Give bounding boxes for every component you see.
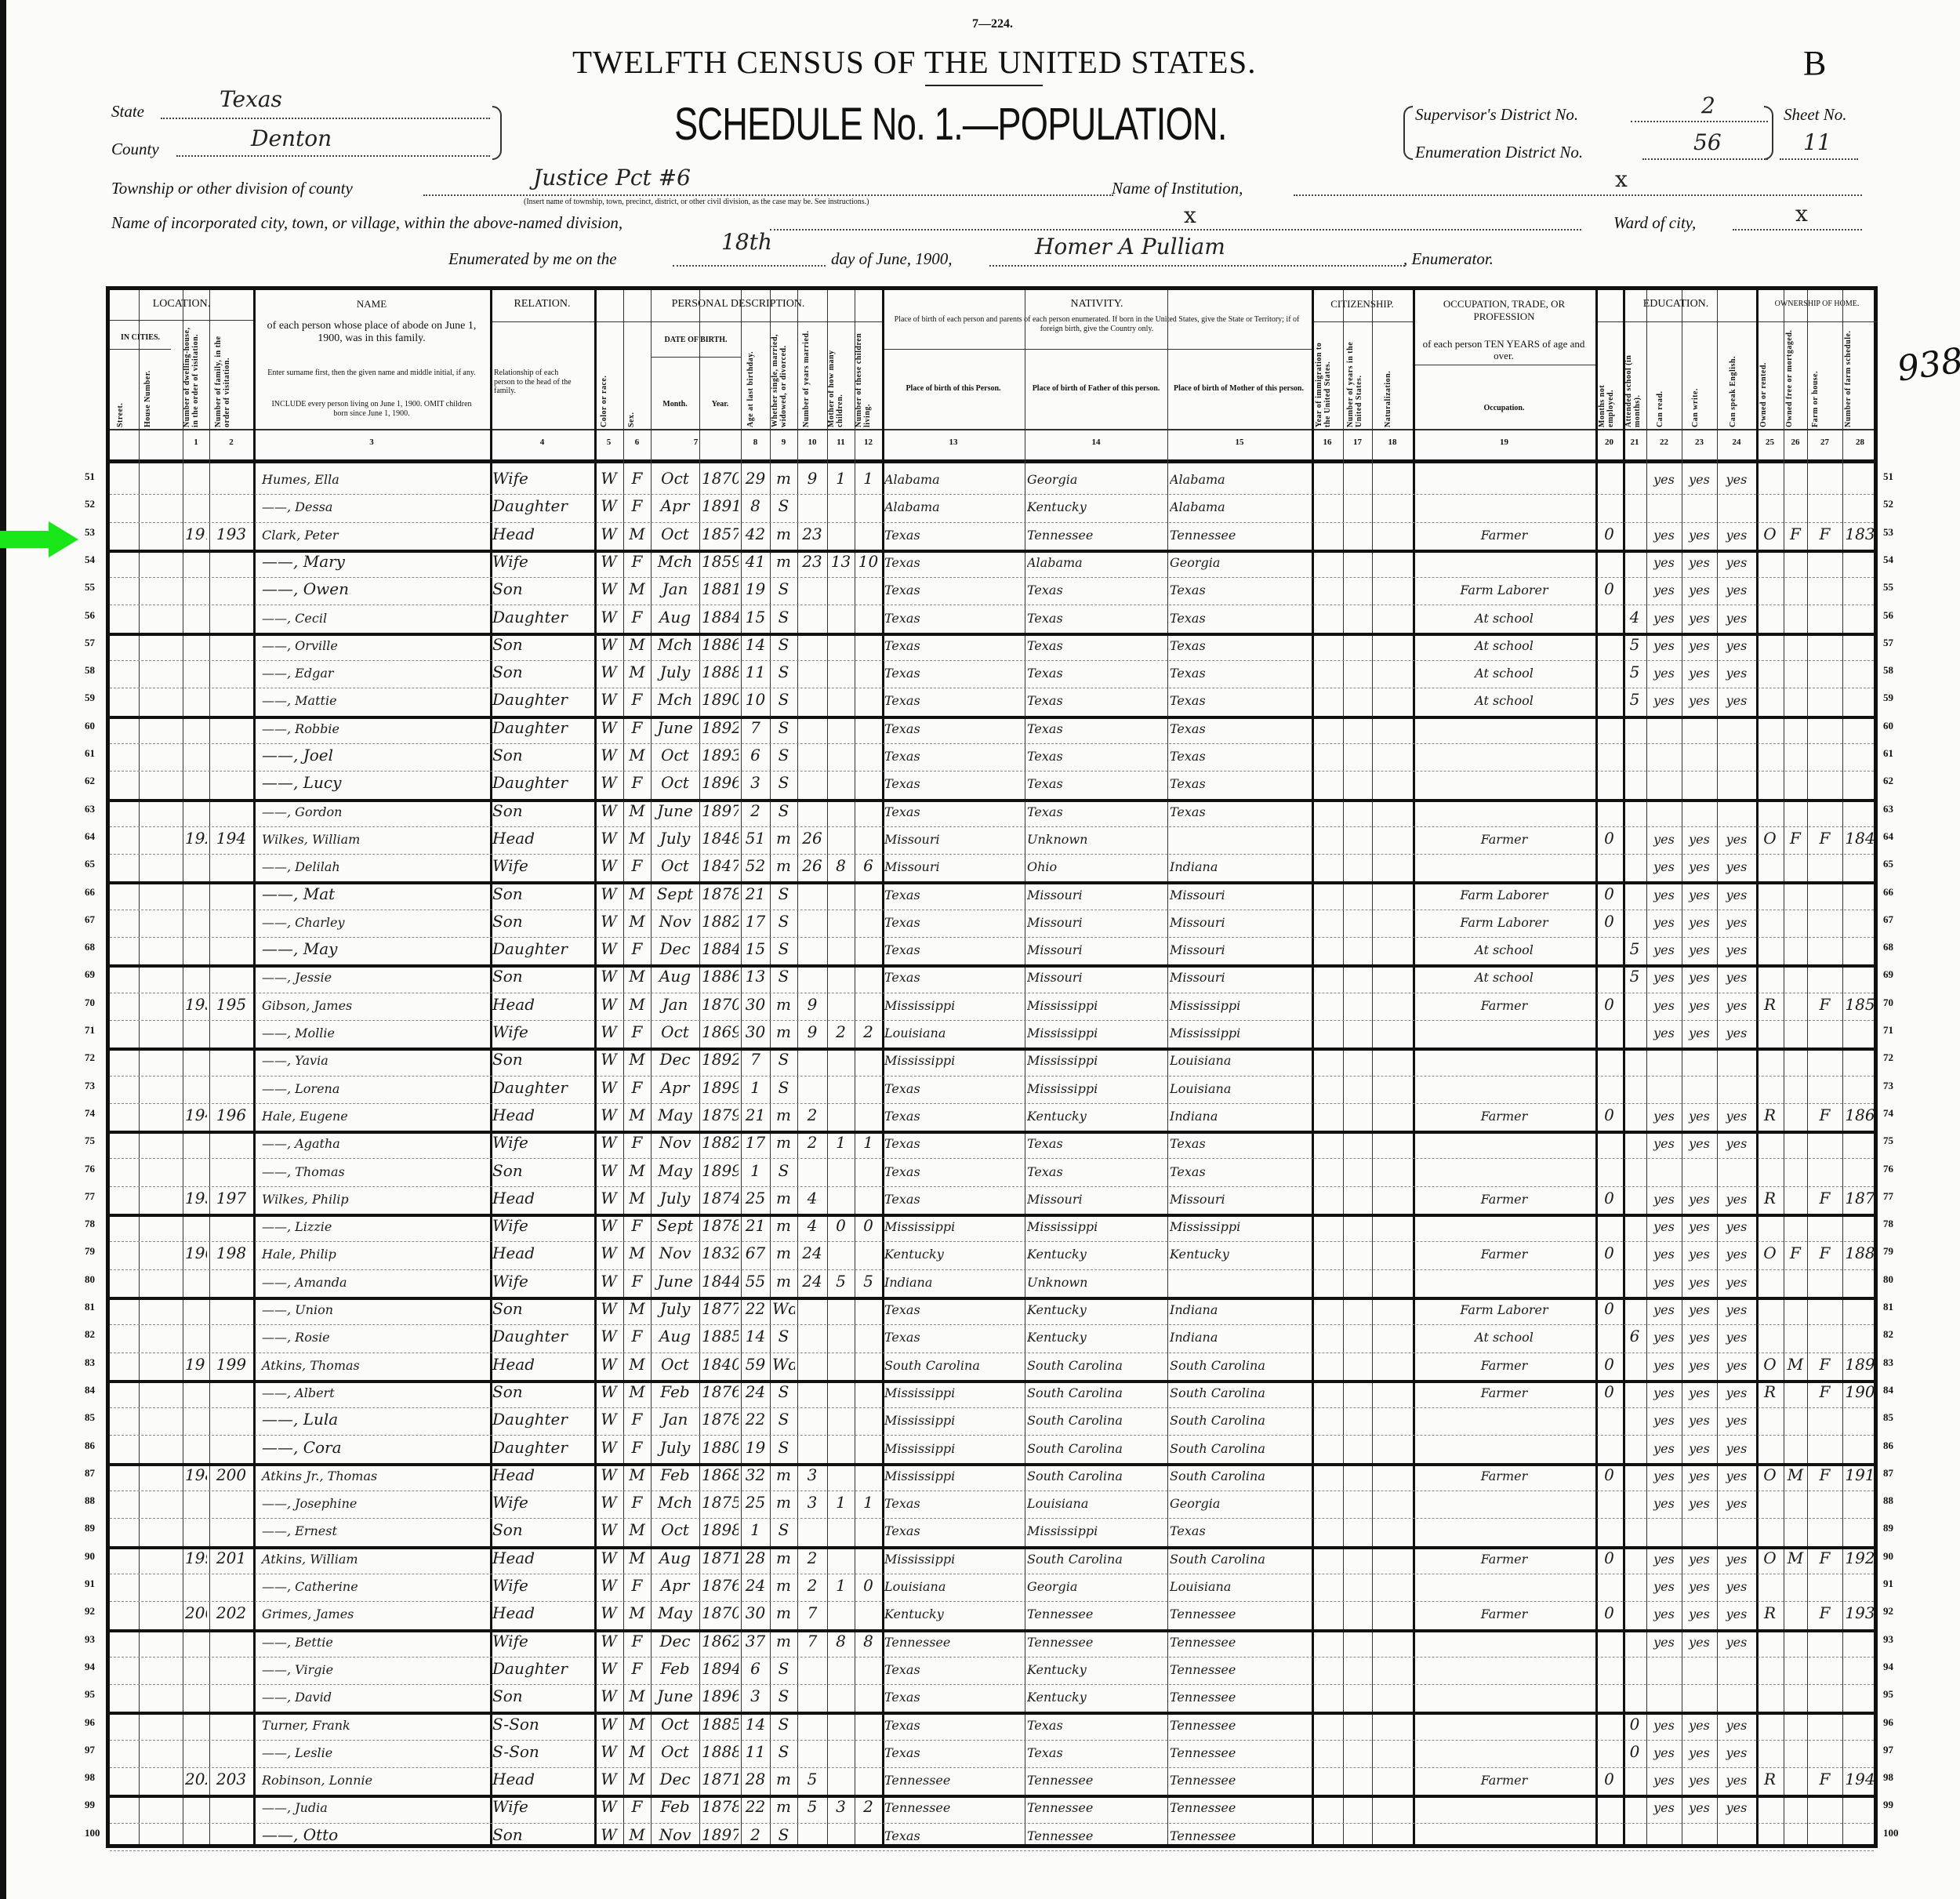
cell-bp[interactable]: Texas	[884, 721, 1022, 736]
cell-age[interactable]: 28	[743, 1549, 768, 1567]
cell-race[interactable]: W	[597, 663, 621, 681]
cell-mar[interactable]: S	[772, 801, 795, 820]
cell-write[interactable]: yes	[1684, 1192, 1715, 1207]
cell-month[interactable]: Sept	[653, 884, 697, 903]
cell-speak[interactable]: yes	[1719, 528, 1754, 543]
cell-dw[interactable]: 194	[185, 1106, 207, 1124]
cell-race[interactable]: W	[597, 469, 621, 488]
cell-mar[interactable]: Wd	[772, 1355, 795, 1374]
cell-bpm[interactable]: Missouri	[1170, 888, 1309, 902]
cell-fam[interactable]: 196	[212, 1106, 251, 1124]
cell-mo[interactable]: 8	[829, 856, 852, 875]
cell-bpf[interactable]: Texas	[1027, 1164, 1165, 1179]
cell-year[interactable]: 1897	[702, 801, 739, 820]
cell-name[interactable]: ——, Ernest	[256, 1523, 494, 1538]
ward-value[interactable]: x	[1795, 201, 1808, 227]
cell-speak[interactable]: yes	[1719, 1800, 1754, 1815]
cell-age[interactable]: 3	[743, 1687, 768, 1705]
cell-rel[interactable]: Daughter	[492, 1078, 592, 1097]
cell-bpm[interactable]: Georgia	[1170, 555, 1309, 570]
cell-sch[interactable]: 0	[1625, 1742, 1644, 1761]
cell-fam[interactable]: 199	[212, 1355, 251, 1374]
cell-read[interactable]: yes	[1649, 1275, 1679, 1290]
cell-bp[interactable]: Texas	[884, 1745, 1022, 1760]
cell-race[interactable]: W	[597, 1770, 621, 1788]
cell-age[interactable]: 17	[743, 912, 768, 931]
cell-bpf[interactable]: Tennessee	[1027, 1635, 1165, 1650]
cell-race[interactable]: W	[597, 1272, 621, 1291]
cell-own[interactable]: R	[1759, 1770, 1781, 1788]
cell-dw[interactable]: 202	[185, 1770, 207, 1788]
cell-write[interactable]: yes	[1684, 1247, 1715, 1262]
cell-speak[interactable]: yes	[1719, 1219, 1754, 1234]
cell-ym[interactable]: 3	[800, 1465, 825, 1484]
cell-own[interactable]: O	[1759, 1355, 1781, 1374]
cell-bpf[interactable]: Texas	[1027, 583, 1165, 597]
cell-read[interactable]: yes	[1649, 888, 1679, 902]
cell-mar[interactable]: m	[772, 1022, 795, 1041]
cell-ym[interactable]: 5	[800, 1770, 825, 1788]
table-row[interactable]: ——, RosieDaughterWFAug188514STexasKentuc…	[110, 1324, 1874, 1353]
table-row[interactable]: 202203Robinson, LonnieHeadWMDec187128m5T…	[110, 1767, 1874, 1798]
cell-read[interactable]: yes	[1649, 942, 1679, 957]
cell-year[interactable]: 1892	[702, 718, 739, 737]
cell-write[interactable]: yes	[1684, 1635, 1715, 1650]
cell-bpm[interactable]: Texas	[1170, 804, 1309, 819]
cell-mo[interactable]: 8	[829, 1632, 852, 1650]
cell-age[interactable]: 14	[743, 635, 768, 654]
cell-mo[interactable]: 3	[829, 1797, 852, 1816]
cell-occ[interactable]: Farmer	[1415, 1607, 1593, 1621]
cell-rel[interactable]: Son	[492, 1382, 592, 1401]
cell-mar[interactable]: m	[772, 1216, 795, 1235]
cell-month[interactable]: July	[653, 1189, 697, 1207]
cell-read[interactable]: yes	[1649, 1247, 1679, 1262]
cell-ym[interactable]: 2	[800, 1106, 825, 1124]
cell-dw[interactable]: 200	[185, 1603, 207, 1622]
cell-name[interactable]: Clark, Peter	[256, 528, 494, 543]
cell-ym[interactable]: 2	[800, 1576, 825, 1595]
cell-dw[interactable]: 197	[185, 1355, 207, 1374]
cell-mar[interactable]: S	[772, 1742, 795, 1761]
cell-age[interactable]: 21	[743, 884, 768, 903]
cell-rel[interactable]: Son	[492, 635, 592, 654]
cell-read[interactable]: yes	[1649, 832, 1679, 847]
cell-bp[interactable]: Texas	[884, 638, 1022, 653]
table-row[interactable]: 200202Grimes, JamesHeadWMMay187030m7Kent…	[110, 1601, 1874, 1632]
cell-bp[interactable]: Alabama	[884, 472, 1022, 487]
cell-race[interactable]: W	[597, 995, 621, 1014]
cell-sch[interactable]: 5	[1625, 635, 1644, 654]
cell-read[interactable]: yes	[1649, 1745, 1679, 1760]
cell-bpm[interactable]: Tennessee	[1170, 1773, 1309, 1788]
cell-mo[interactable]: 1	[829, 469, 852, 488]
cell-ym[interactable]: 23	[800, 525, 825, 543]
cell-sex[interactable]: F	[626, 469, 648, 488]
cell-rel[interactable]: Daughter	[492, 718, 592, 737]
cell-sch[interactable]: 5	[1625, 967, 1644, 986]
cell-bpm[interactable]: Indiana	[1170, 1302, 1309, 1317]
cell-rel[interactable]: Son	[492, 1687, 592, 1705]
cell-write[interactable]: yes	[1684, 1136, 1715, 1151]
cell-sex[interactable]: M	[626, 801, 648, 820]
cell-speak[interactable]: yes	[1719, 1109, 1754, 1124]
cell-bpf[interactable]: Kentucky	[1027, 1690, 1165, 1705]
cell-bpf[interactable]: Mississippi	[1027, 1081, 1165, 1096]
cell-read[interactable]: yes	[1649, 1579, 1679, 1594]
cell-bp[interactable]: Texas	[884, 1164, 1022, 1179]
cell-sex[interactable]: M	[626, 1161, 648, 1180]
cell-bpf[interactable]: South Carolina	[1027, 1469, 1165, 1483]
cell-sex[interactable]: F	[626, 1632, 648, 1650]
cell-mar[interactable]: S	[772, 635, 795, 654]
cell-year[interactable]: 1893	[702, 746, 739, 764]
cell-bpm[interactable]: South Carolina	[1170, 1441, 1309, 1456]
cell-unemp[interactable]: 0	[1598, 1189, 1621, 1207]
cell-write[interactable]: yes	[1684, 638, 1715, 653]
cell-race[interactable]: W	[597, 1355, 621, 1374]
cell-bp[interactable]: Texas	[884, 1828, 1022, 1843]
cell-farm[interactable]: F	[1809, 1355, 1840, 1374]
cell-month[interactable]: May	[653, 1161, 697, 1180]
cell-occ[interactable]: Farmer	[1415, 1385, 1593, 1400]
cell-write[interactable]: yes	[1684, 998, 1715, 1013]
cell-month[interactable]: May	[653, 1106, 697, 1124]
cell-write[interactable]: yes	[1684, 942, 1715, 957]
cell-bp[interactable]: Texas	[884, 1330, 1022, 1345]
cell-bpf[interactable]: Tennessee	[1027, 1800, 1165, 1815]
table-row[interactable]: ——, MattieDaughterWFMch189010STexasTexas…	[110, 688, 1874, 718]
cell-age[interactable]: 7	[743, 718, 768, 737]
cell-bpf[interactable]: South Carolina	[1027, 1441, 1165, 1456]
cell-name[interactable]: ——, Charley	[256, 915, 494, 930]
cell-bp[interactable]: Louisiana	[884, 1579, 1022, 1594]
cell-speak[interactable]: yes	[1719, 942, 1754, 957]
cell-bp[interactable]: Tennessee	[884, 1635, 1022, 1650]
cell-year[interactable]: 1888	[702, 663, 739, 681]
cell-read[interactable]: yes	[1649, 1302, 1679, 1317]
cell-rel[interactable]: Son	[492, 1825, 592, 1844]
cell-bpf[interactable]: Tennessee	[1027, 528, 1165, 543]
cell-bpm[interactable]: Louisiana	[1170, 1081, 1309, 1096]
cell-month[interactable]: June	[653, 801, 697, 820]
cell-bp[interactable]: Alabama	[884, 499, 1022, 514]
cell-speak[interactable]: yes	[1719, 611, 1754, 626]
cell-bpf[interactable]: Missouri	[1027, 888, 1165, 902]
cell-sex[interactable]: F	[626, 773, 648, 792]
cell-sex[interactable]: F	[626, 1438, 648, 1457]
cell-month[interactable]: Apr	[653, 496, 697, 515]
cell-speak[interactable]: yes	[1719, 1635, 1754, 1650]
cell-sex[interactable]: M	[626, 1715, 648, 1734]
cell-speak[interactable]: yes	[1719, 1136, 1754, 1151]
cell-mar[interactable]: S	[772, 912, 795, 931]
cell-unemp[interactable]: 0	[1598, 884, 1621, 903]
cell-free[interactable]: F	[1786, 829, 1805, 848]
cell-write[interactable]: yes	[1684, 859, 1715, 874]
cell-age[interactable]: 22	[743, 1410, 768, 1429]
cell-sex[interactable]: M	[626, 1549, 648, 1567]
cell-month[interactable]: June	[653, 1687, 697, 1705]
cell-bpm[interactable]: Tennessee	[1170, 1745, 1309, 1760]
enumeration-value[interactable]: 56	[1693, 129, 1722, 155]
cell-bpf[interactable]: South Carolina	[1027, 1413, 1165, 1428]
cell-year[interactable]: 1870	[702, 1603, 739, 1622]
cell-race[interactable]: W	[597, 1576, 621, 1595]
cell-farm[interactable]: F	[1809, 1549, 1840, 1567]
cell-free[interactable]: F	[1786, 1244, 1805, 1262]
cell-year[interactable]: 1879	[702, 1106, 739, 1124]
cell-race[interactable]: W	[597, 1742, 621, 1761]
cell-sch[interactable]: 4	[1625, 608, 1644, 626]
cell-rel[interactable]: Wife	[492, 1272, 592, 1291]
cell-write[interactable]: yes	[1684, 1109, 1715, 1124]
cell-fs[interactable]: 188	[1845, 1244, 1875, 1262]
cell-name[interactable]: Robinson, Lonnie	[256, 1773, 494, 1788]
cell-sex[interactable]: M	[626, 746, 648, 764]
cell-month[interactable]: Aug	[653, 1549, 697, 1567]
cell-speak[interactable]: yes	[1719, 1607, 1754, 1621]
cell-race[interactable]: W	[597, 1410, 621, 1429]
cell-bpf[interactable]: Mississippi	[1027, 1026, 1165, 1040]
cell-bpf[interactable]: Texas	[1027, 776, 1165, 791]
cell-ym[interactable]: 7	[800, 1603, 825, 1622]
table-row[interactable]: ——, JudiaWifeWFFeb187822m532TennesseeTen…	[110, 1795, 1874, 1823]
cell-bp[interactable]: Tennessee	[884, 1800, 1022, 1815]
cell-read[interactable]: yes	[1649, 693, 1679, 708]
cell-ym[interactable]: 5	[800, 1797, 825, 1816]
cell-read[interactable]: yes	[1649, 1718, 1679, 1733]
cell-sex[interactable]: M	[626, 1603, 648, 1622]
cell-bpm[interactable]: Mississippi	[1170, 1219, 1309, 1234]
cell-free[interactable]: M	[1786, 1549, 1805, 1567]
cell-name[interactable]: ——, May	[256, 939, 494, 958]
cell-month[interactable]: Jan	[653, 995, 697, 1014]
cell-mar[interactable]: S	[772, 1659, 795, 1678]
cell-bpm[interactable]: Mississippi	[1170, 1026, 1309, 1040]
cell-name[interactable]: ——, Cecil	[256, 611, 494, 626]
table-row[interactable]: ——, MatSonWMSept187821STexasMissouriMiss…	[110, 882, 1874, 910]
cell-race[interactable]: W	[597, 1659, 621, 1678]
table-row[interactable]: ——, RobbieDaughterWFJune18927STexasTexas…	[110, 716, 1874, 744]
cell-speak[interactable]: yes	[1719, 693, 1754, 708]
cell-fam[interactable]: 193	[212, 525, 251, 543]
table-row[interactable]: ——, AmandaWifeWFJune184455m2455IndianaUn…	[110, 1269, 1874, 1300]
cell-write[interactable]: yes	[1684, 1800, 1715, 1815]
cell-unemp[interactable]: 0	[1598, 1355, 1621, 1374]
cell-write[interactable]: yes	[1684, 472, 1715, 487]
table-row[interactable]: ——, CharleySonWMNov188217STexasMissouriM…	[110, 910, 1874, 938]
cell-sex[interactable]: M	[626, 1382, 648, 1401]
cell-rel[interactable]: Wife	[492, 552, 592, 571]
cell-year[interactable]: 1848	[702, 829, 739, 848]
cell-ym[interactable]: 7	[800, 1632, 825, 1650]
table-row[interactable]: ——, GordonSonWMJune18972STexasTexasTexas	[110, 799, 1874, 827]
cell-occ[interactable]: At school	[1415, 970, 1593, 985]
enumerator-name[interactable]: Homer A Pulliam	[1035, 234, 1225, 260]
cell-year[interactable]: 1869	[702, 1022, 739, 1041]
cell-rel[interactable]: Wife	[492, 469, 592, 488]
cell-ym[interactable]: 26	[800, 856, 825, 875]
cell-age[interactable]: 19	[743, 579, 768, 598]
cell-name[interactable]: ——, Agatha	[256, 1136, 494, 1151]
cell-race[interactable]: W	[597, 884, 621, 903]
cell-fam[interactable]: 198	[212, 1244, 251, 1262]
cell-bpf[interactable]: Texas	[1027, 611, 1165, 626]
cell-unemp[interactable]: 0	[1598, 1106, 1621, 1124]
cell-age[interactable]: 25	[743, 1493, 768, 1512]
cell-name[interactable]: ——, Judia	[256, 1800, 494, 1815]
cell-sex[interactable]: M	[626, 829, 648, 848]
cell-bpf[interactable]: Unknown	[1027, 1275, 1165, 1290]
cell-mar[interactable]: m	[772, 1797, 795, 1816]
cell-year[interactable]: 1892	[702, 1050, 739, 1069]
cell-sch[interactable]: 5	[1625, 939, 1644, 958]
cell-bpm[interactable]: Tennessee	[1170, 1607, 1309, 1621]
cell-mar[interactable]: m	[772, 1493, 795, 1512]
cell-fs[interactable]: 192	[1845, 1549, 1875, 1567]
cell-fs[interactable]: 193	[1845, 1603, 1875, 1622]
cell-rel[interactable]: Son	[492, 579, 592, 598]
cell-free[interactable]: M	[1786, 1465, 1805, 1484]
cell-bp[interactable]: Texas	[884, 1109, 1022, 1124]
table-row[interactable]: ——, DelilahWifeWFOct184752m2686MissouriO…	[110, 854, 1874, 884]
cell-rel[interactable]: Son	[492, 746, 592, 764]
cell-rel[interactable]: Head	[492, 1603, 592, 1622]
cell-age[interactable]: 21	[743, 1216, 768, 1235]
table-row[interactable]: 192194Wilkes, WilliamHeadWMJuly184851m26…	[110, 826, 1874, 855]
cell-race[interactable]: W	[597, 939, 621, 958]
cell-fs[interactable]: 184	[1845, 829, 1875, 848]
cell-bp[interactable]: Texas	[884, 693, 1022, 708]
cell-race[interactable]: W	[597, 967, 621, 986]
cell-sex[interactable]: M	[626, 1687, 648, 1705]
cell-bpf[interactable]: Texas	[1027, 1136, 1165, 1151]
cell-year[interactable]: 1886	[702, 635, 739, 654]
cell-year[interactable]: 1888	[702, 1742, 739, 1761]
cell-bp[interactable]: Texas	[884, 611, 1022, 626]
table-row[interactable]: ——, CoraDaughterWFJuly188019SMississippi…	[110, 1436, 1874, 1466]
cell-occ[interactable]: Farmer	[1415, 1773, 1593, 1788]
cell-name[interactable]: ——, Edgar	[256, 666, 494, 681]
cell-month[interactable]: Mch	[653, 1493, 697, 1512]
cell-mar[interactable]: S	[772, 1161, 795, 1180]
cell-sex[interactable]: F	[626, 1133, 648, 1152]
cell-fam[interactable]: 201	[212, 1549, 251, 1567]
cell-month[interactable]: Mch	[653, 690, 697, 709]
cell-rel[interactable]: Son	[492, 1050, 592, 1069]
cell-race[interactable]: W	[597, 1687, 621, 1705]
cell-year[interactable]: 1891	[702, 496, 739, 515]
cell-speak[interactable]: yes	[1719, 666, 1754, 681]
cell-write[interactable]: yes	[1684, 1496, 1715, 1511]
cell-year[interactable]: 1880	[702, 1438, 739, 1457]
cell-occ[interactable]: At school	[1415, 942, 1593, 957]
cell-sex[interactable]: F	[626, 1078, 648, 1097]
cell-fs[interactable]: 186	[1845, 1106, 1875, 1124]
cell-month[interactable]: Oct	[653, 1022, 697, 1041]
state-value[interactable]: Texas	[220, 86, 282, 112]
cell-bpf[interactable]: South Carolina	[1027, 1358, 1165, 1373]
cell-name[interactable]: ——, Joel	[256, 746, 494, 764]
cell-read[interactable]: yes	[1649, 666, 1679, 681]
cell-race[interactable]: W	[597, 912, 621, 931]
cell-bp[interactable]: Mississippi	[884, 1413, 1022, 1428]
cell-age[interactable]: 6	[743, 746, 768, 764]
cell-name[interactable]: ——, Otto	[256, 1825, 494, 1844]
cell-month[interactable]: Oct	[653, 856, 697, 875]
cell-read[interactable]: yes	[1649, 998, 1679, 1013]
cell-bpf[interactable]: South Carolina	[1027, 1552, 1165, 1567]
cell-mo[interactable]: 1	[829, 1576, 852, 1595]
cell-bpm[interactable]: South Carolina	[1170, 1358, 1309, 1373]
cell-read[interactable]: yes	[1649, 1109, 1679, 1124]
cell-occ[interactable]: Farmer	[1415, 1552, 1593, 1567]
cell-bp[interactable]: Texas	[884, 583, 1022, 597]
cell-farm[interactable]: F	[1809, 1770, 1840, 1788]
cell-name[interactable]: ——, Albert	[256, 1385, 494, 1400]
cell-sex[interactable]: F	[626, 1493, 648, 1512]
cell-own[interactable]: R	[1759, 1106, 1781, 1124]
cell-bpm[interactable]: Texas	[1170, 1164, 1309, 1179]
cell-speak[interactable]: yes	[1719, 1385, 1754, 1400]
cell-sex[interactable]: M	[626, 579, 648, 598]
cell-bpm[interactable]: Texas	[1170, 1136, 1309, 1151]
cell-name[interactable]: Grimes, James	[256, 1607, 494, 1621]
cell-rel[interactable]: Wife	[492, 1632, 592, 1650]
cell-rel[interactable]: Head	[492, 1189, 592, 1207]
cell-write[interactable]: yes	[1684, 1413, 1715, 1428]
cell-age[interactable]: 22	[743, 1797, 768, 1816]
cell-age[interactable]: 59	[743, 1355, 768, 1374]
cell-bpm[interactable]: South Carolina	[1170, 1413, 1309, 1428]
cell-name[interactable]: ——, Robbie	[256, 721, 494, 736]
cell-rel[interactable]: Son	[492, 663, 592, 681]
cell-mar[interactable]: S	[772, 1825, 795, 1844]
cell-month[interactable]: Jan	[653, 579, 697, 598]
cell-bp[interactable]: Texas	[884, 804, 1022, 819]
cell-read[interactable]: yes	[1649, 1219, 1679, 1234]
cell-ym[interactable]: 26	[800, 829, 825, 848]
cell-year[interactable]: 1844	[702, 1272, 739, 1291]
cell-speak[interactable]: yes	[1719, 1441, 1754, 1456]
cell-rel[interactable]: Daughter	[492, 1410, 592, 1429]
cell-rel[interactable]: Son	[492, 884, 592, 903]
cell-month[interactable]: Nov	[653, 1825, 697, 1844]
cell-read[interactable]: yes	[1649, 1413, 1679, 1428]
cell-race[interactable]: W	[597, 1797, 621, 1816]
cell-farm[interactable]: F	[1809, 1465, 1840, 1484]
cell-sex[interactable]: F	[626, 496, 648, 515]
cell-dw[interactable]: 195	[185, 1189, 207, 1207]
cell-year[interactable]: 1898	[702, 1520, 739, 1539]
cell-age[interactable]: 51	[743, 829, 768, 848]
cell-write[interactable]: yes	[1684, 611, 1715, 626]
cell-rel[interactable]: Daughter	[492, 1327, 592, 1345]
cell-name[interactable]: ——, Delilah	[256, 859, 494, 874]
cell-fs[interactable]: 194	[1845, 1770, 1875, 1788]
cell-speak[interactable]: yes	[1719, 472, 1754, 487]
cell-year[interactable]: 1862	[702, 1632, 739, 1650]
cell-unemp[interactable]: 0	[1598, 1244, 1621, 1262]
cell-year[interactable]: 1896	[702, 773, 739, 792]
table-row[interactable]: ——, UnionSonWMJuly187722WdTexasKentuckyI…	[110, 1297, 1874, 1325]
cell-ym[interactable]: 3	[800, 1493, 825, 1512]
cell-unemp[interactable]: 0	[1598, 1549, 1621, 1567]
cell-bp[interactable]: Texas	[884, 1718, 1022, 1733]
cell-bpm[interactable]: Louisiana	[1170, 1579, 1309, 1594]
cell-bp[interactable]: Mississippi	[884, 1219, 1022, 1234]
